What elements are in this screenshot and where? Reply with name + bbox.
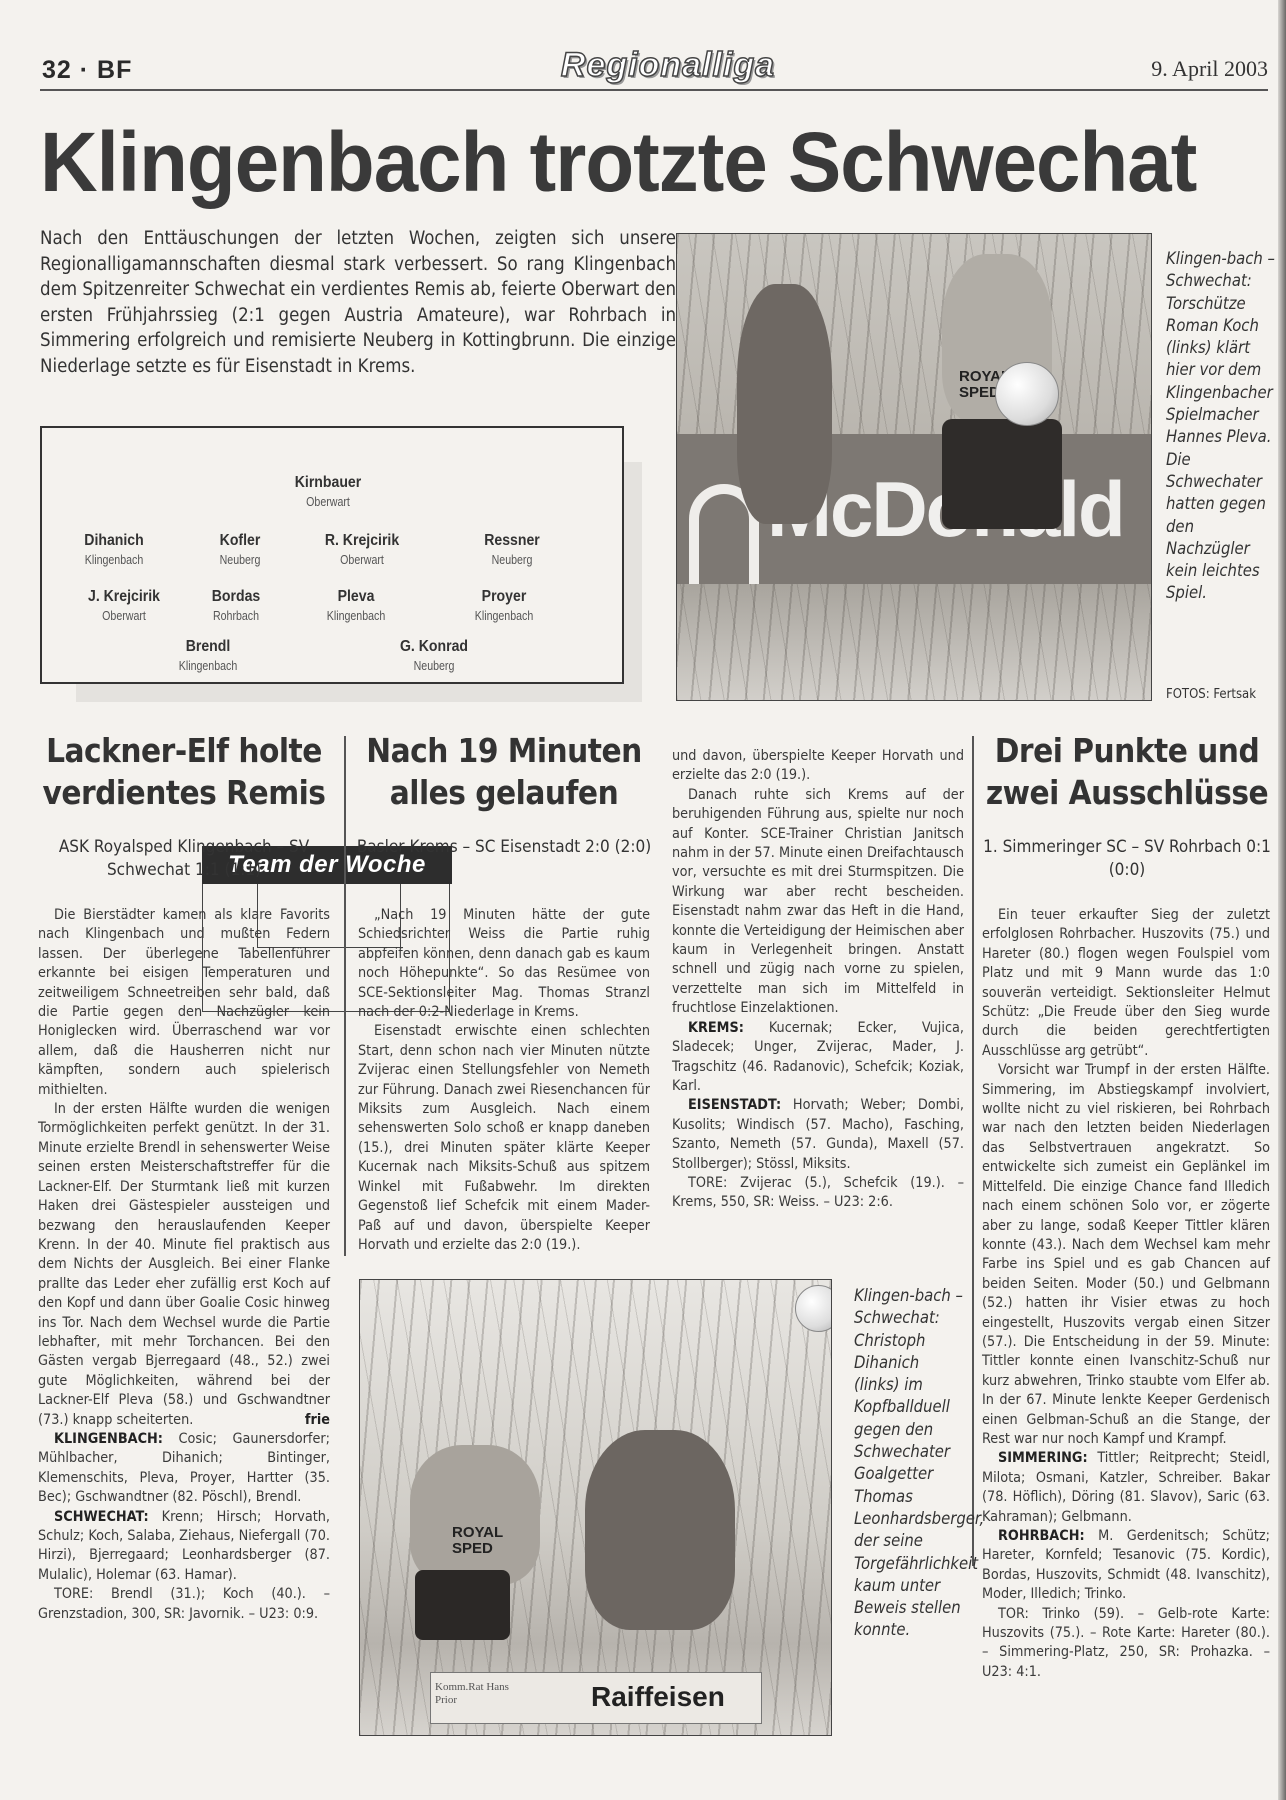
player-forward: G. Konrad Neuberg: [364, 638, 504, 673]
article-2-match: Basler Krems – SC Eisenstadt 2:0 (2:0): [356, 836, 652, 859]
player-club: Klingenbach: [297, 609, 416, 623]
player-name: Kirnbauer: [266, 474, 389, 492]
article-3-body: Ein teuer erkaufter Sieg der zuletzt erf…: [982, 906, 1270, 1682]
photo-top-caption: Klingen-bach – Schwechat: Torschütze Rom…: [1166, 248, 1278, 605]
player-name: Pleva: [294, 588, 417, 606]
photo-bottom-caption: Klingen-bach – Schwechat: Christoph Diha…: [854, 1285, 966, 1642]
player-defender: R. Krejcirik Oberwart: [292, 532, 432, 567]
player-name: Proyer: [442, 588, 565, 606]
player-name: G. Konrad: [372, 638, 495, 656]
player-figure-left-shirt: [410, 1445, 540, 1585]
player-club: Oberwart: [269, 495, 388, 509]
player-midfielder: Bordas Rohrbach: [166, 588, 306, 623]
player-figure-right-shorts: [942, 419, 1062, 529]
raiffeisen-text: Raiffeisen: [591, 1681, 725, 1713]
lineup: KREMS: Kucernak; Ecker, Vujica, Sladecek…: [672, 1019, 964, 1097]
lineup: SIMMERING: Tittler; Reitprecht; Steidl, …: [982, 1449, 1270, 1527]
column-divider: [972, 736, 974, 1276]
article-1-title: Lackner-Elf holte verdientes Remis: [38, 730, 330, 814]
article-paragraph: Danach ruhte sich Krems auf der beruhige…: [672, 786, 964, 1019]
player-club: Klingenbach: [149, 659, 268, 673]
player-name: Brendl: [146, 638, 269, 656]
ad-banner-raiffeisen: Komm.Rat Hans Prior Raiffeisen: [430, 1672, 762, 1724]
photo-dihanich-leonhardsberger: Komm.Rat Hans Prior Raiffeisen ROYAL SPE…: [359, 1279, 832, 1736]
player-figure-right: [585, 1430, 735, 1630]
photo-credit: FOTOS: Fertsak: [1166, 687, 1286, 702]
section-title: Regionalliga: [548, 46, 788, 85]
article-paragraph: „Nach 19 Minuten hätte der gute Schiedsr…: [358, 906, 650, 1022]
article-paragraph-continued: und davon, überspielte Keeper Horvath un…: [672, 747, 964, 786]
player-defender: Dihanich Klingenbach: [44, 532, 184, 567]
article-paragraph: Die Bierstädter kamen als klare Favorits…: [38, 906, 330, 1100]
page-binding-edge: [1278, 0, 1286, 1800]
match-facts: TOR: Trinko (59). – Gelb-rote Karte: Hus…: [982, 1605, 1270, 1683]
column-divider: [344, 736, 346, 1256]
article-paragraph: Vorsicht war Trumpf in der ersten Hälfte…: [982, 1061, 1270, 1449]
player-defender: Kofler Neuberg: [170, 532, 310, 567]
article-3-match: 1. Simmeringer SC – SV Rohrbach 0:1 (0:0…: [982, 836, 1272, 882]
player-midfielder: Pleva Klingenbach: [286, 588, 426, 623]
article-2-title: Nach 19 Minuten alles gelaufen: [356, 730, 652, 814]
author-initials: frie: [289, 1411, 330, 1430]
player-club: Rohrbach: [177, 609, 296, 623]
article-1-match: ASK Royalsped Klingenbach – SV Schwechat…: [38, 836, 330, 882]
player-midfielder: Proyer Klingenbach: [434, 588, 574, 623]
lead-paragraph: Nach den Enttäuschungen der letzten Woch…: [40, 226, 676, 380]
photo-koch-pleva: McDonald ROYAL SPED: [676, 233, 1152, 701]
match-facts: TORE: Zvijerac (5.), Schefcik (19.). – K…: [672, 1174, 964, 1213]
player-name: R. Krejcirik: [300, 532, 423, 550]
article-paragraph: In der ersten Hälfte wurden die wenigen …: [38, 1100, 330, 1430]
shirt-sponsor-text: ROYAL SPED: [452, 1525, 512, 1557]
main-headline: Klingenbach trotzte Schwechat: [40, 112, 1209, 212]
lineup: ROHRBACH: M. Gerdenitsch; Schütz; Harete…: [982, 1527, 1270, 1605]
lineup: KLINGENBACH: Cosic; Gaunersdorfer; Mühlb…: [38, 1430, 330, 1508]
issue-date: 9. April 2003: [1151, 56, 1268, 82]
article-1-body: Die Bierstädter kamen als klare Favorits…: [38, 906, 330, 1624]
ad-banner-small-text: Komm.Rat Hans Prior: [435, 1681, 515, 1707]
lineup: EISENSTADT: Horvath; Weber; Dombi, Kusol…: [672, 1096, 964, 1174]
article-paragraph: Eisenstadt erwischte einen schlechten St…: [358, 1022, 650, 1255]
player-figure-left-shorts: [415, 1570, 510, 1640]
match-facts: TORE: Brendl (31.); Koch (40.). – Grenzs…: [38, 1585, 330, 1624]
player-club: Neuberg: [453, 553, 572, 567]
article-2-body-part2: und davon, überspielte Keeper Horvath un…: [672, 747, 964, 1213]
player-club: Neuberg: [181, 553, 300, 567]
football-icon: [995, 362, 1059, 426]
player-club: Oberwart: [303, 553, 422, 567]
article-paragraph: Ein teuer erkaufter Sieg der zuletzt erf…: [982, 906, 1270, 1061]
player-club: Neuberg: [375, 659, 494, 673]
player-club: Klingenbach: [55, 553, 174, 567]
header-rule: [40, 89, 1268, 91]
player-name: Bordas: [174, 588, 297, 606]
player-figure-left: [737, 284, 832, 524]
page-folio: 32 · BF: [42, 56, 132, 85]
player-name: Ressner: [450, 532, 573, 550]
team-der-woche-box: Team der Woche Kirnbauer Oberwart Dihani…: [40, 426, 624, 684]
player-goalkeeper: Kirnbauer Oberwart: [258, 474, 398, 509]
player-name: Kofler: [178, 532, 301, 550]
article-2-body-part1: „Nach 19 Minuten hätte der gute Schiedsr…: [358, 906, 650, 1262]
player-forward: Brendl Klingenbach: [138, 638, 278, 673]
player-name: Dihanich: [52, 532, 175, 550]
article-3-title: Drei Punkte und zwei Ausschlüsse: [982, 730, 1272, 814]
player-defender: Ressner Neuberg: [442, 532, 582, 567]
lineup: SCHWECHAT: Krenn; Hirsch; Horvath, Schul…: [38, 1508, 330, 1586]
player-club: Klingenbach: [445, 609, 564, 623]
